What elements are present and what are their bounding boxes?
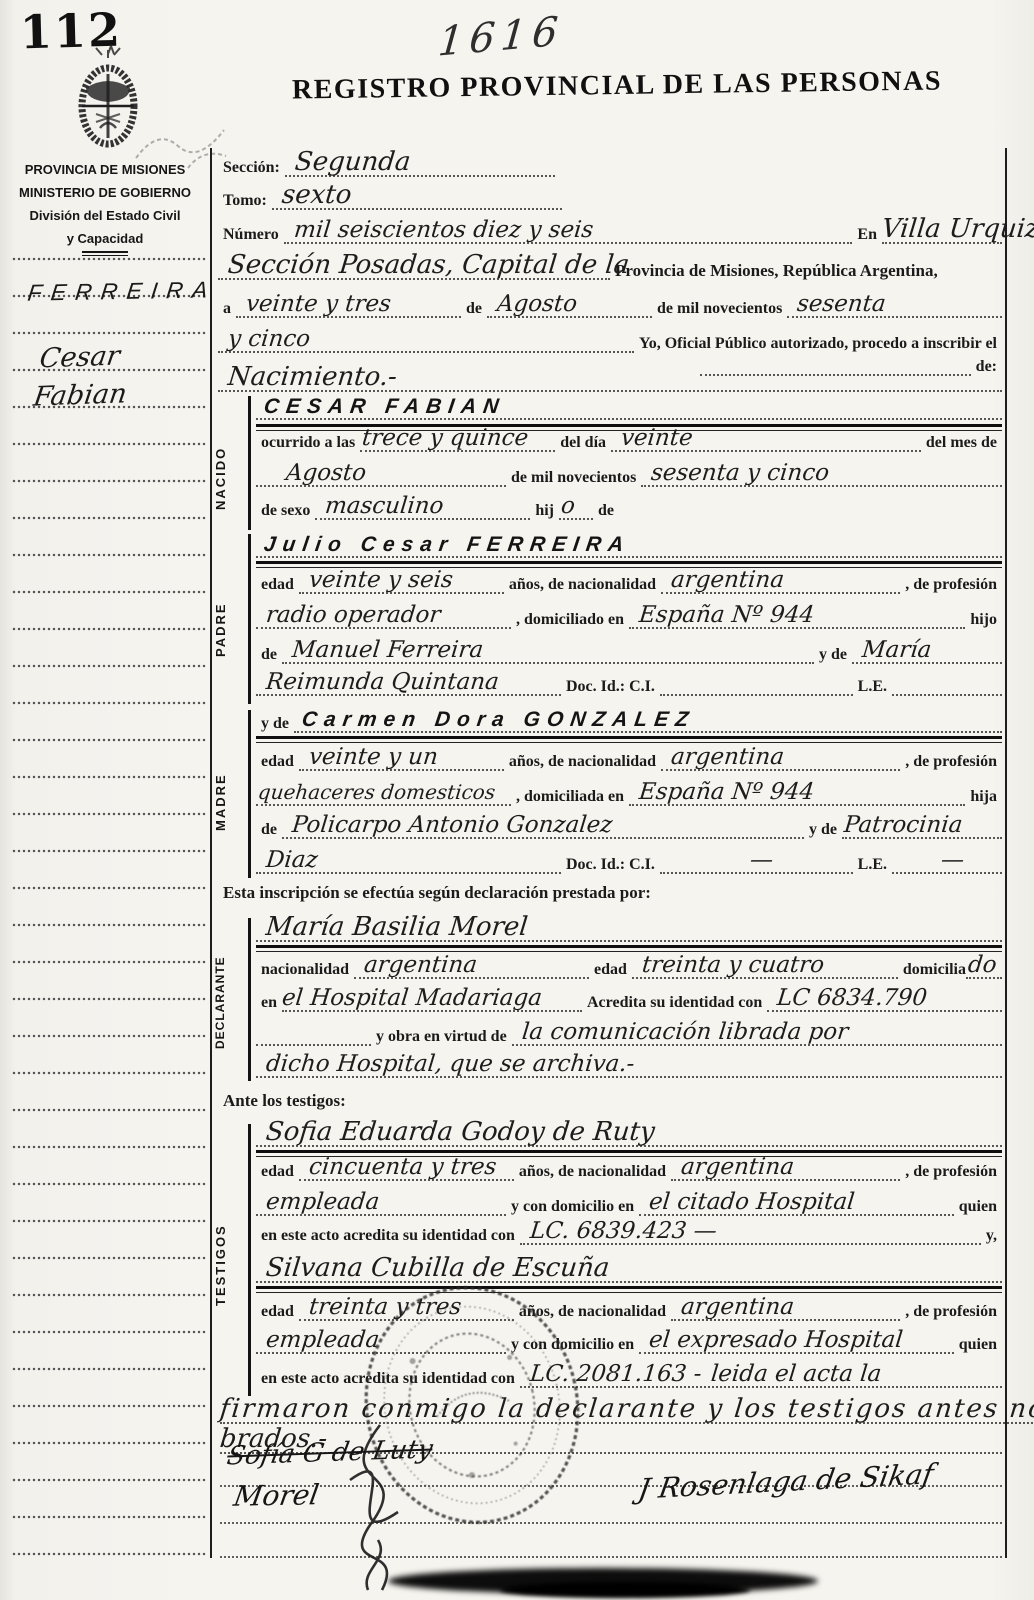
madre-domicilio-line: España Nº 944: [629, 781, 965, 806]
madre-profesion-value: quehaceres domesticos: [255, 782, 496, 802]
lugar2-row: Sección Posadas, Capital de la Provincia…: [218, 246, 1002, 280]
testigo1-acredita-label: en este acto acredita su identidad con: [256, 1228, 520, 1245]
testigo1-row-1: edad cincuenta y tres años, de nacionali…: [256, 1147, 1002, 1181]
tomo-row: Tomo: sexto: [218, 176, 1002, 210]
hijo-suffix-value: o: [558, 495, 576, 518]
padre-name-line: Julio Cesar FERREIRA: [256, 534, 1002, 558]
madre-edad-line: veinte y un: [299, 746, 504, 771]
padre-abuelo-value: Manuel Ferreira: [281, 639, 485, 662]
tomo-label: Tomo:: [218, 193, 272, 210]
testigo1-edad-value: cincuenta y tres: [298, 1156, 498, 1179]
testigo1-name-row: Sofia Eduarda Godoy de Ruty: [256, 1113, 1002, 1147]
issuing-office-block: PROVINCIA DE MISIONES MINISTERIO DE GOBI…: [4, 158, 206, 256]
madre-abuelo-value: Policarpo Antonio Gonzalez: [281, 814, 614, 837]
padre-doc-line: [660, 694, 853, 696]
madre-prof-label: , de profesión: [900, 754, 1002, 771]
madre-edad-label: edad: [256, 754, 299, 771]
mes-nac-value: Agosto: [255, 462, 367, 485]
padre-prof-label: , de profesión: [900, 577, 1002, 594]
declarante-virtud-value: la comunicación librada por: [510, 1021, 849, 1044]
dia-value: veinte y tres: [235, 293, 392, 316]
anio-value: sesenta: [786, 293, 887, 316]
seccion-value: Segunda: [284, 149, 412, 175]
numero-line: mil seiscientos diez y seis: [284, 219, 853, 244]
padre-profesion-line: radio operador: [256, 604, 511, 629]
testigo1-row-3: en este acto acredita su identidad con L…: [256, 1211, 1002, 1245]
lugar2-value: Sección Posadas, Capital de la: [217, 252, 631, 278]
declarante-nacionalidad-line: argentina: [354, 954, 589, 979]
org-line-1: PROVINCIA DE MISIONES: [4, 158, 206, 181]
padre-bar: [248, 534, 251, 704]
folio-number: 1616: [436, 8, 565, 65]
padre-abuela-line: María: [852, 639, 1002, 664]
declarante-nacionalidad-value: argentina: [353, 954, 478, 977]
seccion-line: Segunda: [285, 149, 555, 177]
nacido-row-3: de sexo masculino hij o de: [256, 486, 1002, 520]
madre-yde2-label: y de: [804, 822, 842, 839]
padre-name-row: Julio Cesar FERREIRA: [256, 524, 1002, 558]
birth-certificate-page: 112 PROVINCIA DE MISIONES MINISTERIO DE …: [0, 0, 1034, 1600]
madre-nacionalidad-value: argentina: [660, 746, 785, 769]
declarante-row-4: dicho Hospital, que se archiva.-: [256, 1044, 1002, 1078]
provincia-label: Provincia de Misiones, República Argenti…: [610, 262, 943, 280]
testigo1-y-label: y,: [981, 1228, 1002, 1245]
declarante-row-3: y obra en virtud de la comunicación libr…: [256, 1012, 1002, 1046]
seccion-label: Sección:: [218, 160, 285, 177]
hijo-suffix-line: o: [559, 495, 593, 520]
madre-abuelo-line: Policarpo Antonio Gonzalez: [282, 814, 804, 839]
nacido-row-2: Agosto de mil novecientos sesenta y cinc…: [256, 453, 1002, 487]
dia-nac-value: veinte: [610, 427, 694, 450]
madre-row-2: quehaceres domesticos , domiciliada en E…: [256, 772, 1002, 806]
testigo2-prof-label: , de profesión: [900, 1304, 1002, 1321]
testigos-bar: [248, 1124, 251, 1396]
form-right-border: [1005, 148, 1007, 1558]
mes-line: Agosto: [487, 293, 652, 318]
mil-label: de mil novecientos: [652, 301, 787, 318]
declarante-edad-value: treinta y cuatro: [631, 954, 826, 977]
declarante-name-line: María Basilia Morel: [256, 914, 1002, 942]
ink-blob-core: [500, 1582, 750, 1598]
padre-name-value: Julio Cesar FERREIRA: [255, 534, 632, 555]
de-label: de: [461, 301, 487, 318]
mes-nac-line: Agosto: [256, 462, 506, 487]
madre-domicilio-value: España Nº 944: [628, 781, 815, 804]
numero-value: mil seiscientos diez y seis: [282, 219, 594, 242]
madre-name-line: Carmen Dora GONZALEZ: [294, 709, 1002, 733]
madre-nac-label: años, de nacionalidad: [504, 754, 661, 771]
testigos-label: Ante los testigos:: [218, 1092, 351, 1110]
padre-edad-value: veinte y seis: [298, 569, 454, 592]
lugar-value: Villa Urquiza: [881, 216, 1034, 242]
anio-nac-line: sesenta y cinco: [641, 462, 1002, 487]
madre-de-label: de: [256, 822, 282, 839]
ocurrido-label: ocurrido a las: [256, 435, 360, 452]
nacido-name-row: CESAR FABIAN: [256, 386, 1002, 420]
signature-official: J Rosenlaga de Sikaf: [636, 1460, 935, 1503]
padre-hijo-label: hijo: [965, 612, 1002, 629]
nacido-section-label: NACIDO: [213, 428, 230, 528]
declarante-nac-label: nacionalidad: [256, 962, 354, 979]
madre-abuela-value: Patrocinia: [841, 814, 964, 837]
lugar2-line: Sección Posadas, Capital de la: [218, 252, 610, 280]
margin-given-name-2: Fabian: [32, 378, 129, 412]
org-line-4: y Capacidad: [4, 227, 206, 250]
document-title: REGISTRO PROVINCIAL DE LAS PERSONAS: [232, 65, 1002, 108]
padre-le-line: [892, 694, 1002, 696]
anio2-value: y cinco: [217, 328, 312, 351]
tomo-line: sexto: [272, 182, 562, 210]
padre-row-3: de Manuel Ferreira y de María: [256, 630, 1002, 664]
madre-name-row: y de Carmen Dora GONZALEZ: [256, 699, 1002, 733]
declarante-virtud2-line: dicho Hospital, que se archiva.-: [256, 1053, 1002, 1078]
seccion-row: Sección: Segunda: [218, 143, 1002, 177]
org-line-2: MINISTERIO DE GOBIERNO: [4, 181, 206, 204]
declarante-edad-label: edad: [589, 962, 632, 979]
padre-abuela2-value: Reimunda Quintana: [255, 671, 500, 694]
a-label: a: [218, 301, 236, 318]
declarante-dom-label: domicilia: [898, 962, 966, 979]
anio-nac-value: sesenta y cinco: [640, 462, 830, 485]
testigo1-prof-label: , de profesión: [900, 1164, 1002, 1181]
declaracion-row: Esta inscripción se efectúa según declar…: [218, 868, 1002, 902]
padre-abuela-value: María: [851, 639, 933, 662]
padre-le-label: L.E.: [853, 679, 892, 696]
madre-hija-label: hija: [965, 789, 1002, 806]
padre-domicilio-line: España Nº 944: [629, 604, 965, 629]
madre-row-3: de Policarpo Antonio Gonzalez y de Patro…: [256, 805, 1002, 839]
testigo1-nacionalidad-value: argentina: [670, 1156, 795, 1179]
madre-name-value: Carmen Dora GONZALEZ: [293, 709, 697, 730]
nacido-row-1: ocurrido a las trece y quince del día ve…: [256, 418, 1002, 452]
padre-section-label: PADRE: [213, 585, 230, 675]
madre-bar: [248, 710, 251, 878]
testigo2-domicilio-value: el expresado Hospital: [638, 1329, 904, 1352]
padre-row-2: radio operador , domiciliado en España N…: [256, 595, 1002, 629]
margin-surname: FERREIRA: [26, 276, 218, 306]
anio2-line: y cinco: [218, 328, 634, 353]
cierre1-value: leida el acta la: [700, 1363, 883, 1386]
declaracion-label: Esta inscripción se efectúa según declar…: [218, 884, 656, 902]
testigo2-quien-label: quien: [954, 1337, 1002, 1354]
declarante-name-value: María Basilia Morel: [255, 914, 529, 940]
padre-dom-label: , domiciliado en: [511, 612, 629, 629]
testigo2-edad-label: edad: [256, 1304, 299, 1321]
declarante-acredita-label: Acredita su identidad con: [582, 995, 767, 1012]
madre-abuela-line: Patrocinia: [842, 814, 1002, 839]
mes-value: Agosto: [486, 293, 578, 316]
dia-nac-line: veinte: [611, 427, 921, 452]
padre-abuelo-line: Manuel Ferreira: [282, 639, 814, 664]
nacido-bar: [248, 396, 251, 530]
madre-nacionalidad-line: argentina: [661, 746, 900, 771]
testigo1-doc-line: LC. 6839.423 —: [520, 1220, 981, 1245]
testigos-section-label: TESTIGOS: [213, 1200, 230, 1330]
declarante-virtud-line: la comunicación librada por: [512, 1021, 1002, 1046]
sexo-value: masculino: [314, 495, 445, 518]
madre-profesion-line: quehaceres domesticos: [256, 782, 511, 806]
madre-yde-label: y de: [256, 716, 294, 733]
org-line-3: División del Estado Civil: [4, 204, 206, 227]
testigo1-edad-line: cincuenta y tres: [299, 1156, 514, 1181]
hora-line: trece y quince: [360, 427, 555, 452]
declarante-virtud2-value: dicho Hospital, que se archiva.-: [255, 1053, 636, 1076]
testigo2-nacionalidad-line: argentina: [671, 1296, 900, 1321]
declarante-row-1: nacionalidad argentina edad treinta y cu…: [256, 945, 1002, 979]
tomo-value: sexto: [270, 182, 352, 208]
testigo1-name-value: Sofia Eduarda Godoy de Ruty: [255, 1119, 656, 1145]
padre-nacionalidad-value: argentina: [660, 569, 785, 592]
numero-row: Número mil seiscientos diez y seis En Vi…: [218, 210, 1002, 244]
testigo1-doc-value: LC. 6839.423 —: [519, 1220, 718, 1243]
declarante-en-label: en: [256, 995, 282, 1012]
margin-ruled-lines: [12, 256, 206, 1564]
nacido-de-label: de: [593, 503, 619, 520]
declarante-doc-value: LC 6834.790: [766, 987, 928, 1010]
padre-domicilio-value: España Nº 944: [628, 604, 815, 627]
dia-line: veinte y tres: [236, 293, 461, 318]
testigo1-nac-label: años, de nacionalidad: [514, 1164, 671, 1181]
sexo-line: masculino: [315, 495, 530, 520]
form-left-border: [210, 148, 212, 1558]
testigo1-edad-label: edad: [256, 1164, 299, 1181]
mil-nac-label: de mil novecientos: [506, 470, 641, 487]
hora-value: trece y quince: [359, 427, 530, 450]
testigo2-domicilio-line: el expresado Hospital: [639, 1329, 954, 1354]
madre-dom-label: , domiciliada en: [511, 789, 629, 806]
sexo-label: de sexo: [256, 503, 315, 520]
declarante-dom-suffix-value: do: [965, 954, 998, 977]
testigos-intro-row: Ante los testigos:: [218, 1076, 1002, 1110]
testigo1-name-line: Sofia Eduarda Godoy de Ruty: [256, 1119, 1002, 1147]
padre-edad-line: veinte y seis: [299, 569, 504, 594]
madre-edad-value: veinte y un: [298, 746, 439, 769]
numero-label: Número: [218, 227, 284, 244]
nacido-name-line: CESAR FABIAN: [256, 396, 1002, 420]
signature-declarant: Morel: [232, 1481, 321, 1510]
anio-line: sesenta: [787, 293, 1002, 318]
del-mes-label: del mes de: [921, 435, 1002, 452]
hij-label: hij: [530, 503, 559, 520]
margin-given-name-1: Cesar: [38, 341, 122, 375]
declarante-bar: [248, 918, 251, 1081]
padre-row-4: Reimunda Quintana Doc. Id.: C.I. L.E.: [256, 662, 1002, 696]
lugar-line: Villa Urquiza: [882, 216, 1002, 244]
nacido-name-value: CESAR FABIAN: [255, 396, 507, 417]
declarante-name-row: María Basilia Morel: [256, 908, 1002, 942]
padre-doc-label: Doc. Id.: C.I.: [561, 679, 660, 696]
madre-row-1: edad veinte y un años, de nacionalidad a…: [256, 737, 1002, 771]
official-stamp: [335, 1258, 610, 1553]
padre-nacionalidad-line: argentina: [661, 569, 900, 594]
padre-edad-label: edad: [256, 577, 299, 594]
declarante-domicilio-value: el Hospital Madariaga: [281, 987, 543, 1010]
madre-section-label: MADRE: [213, 755, 230, 850]
padre-nac-label: años, de nacionalidad: [504, 577, 661, 594]
en-label: En: [852, 227, 882, 244]
declarante-domicilio-line: el Hospital Madariaga: [282, 987, 582, 1012]
testigo1-nacionalidad-line: argentina: [671, 1156, 900, 1181]
del-dia-label: del día: [555, 435, 611, 452]
declarante-section-label: DECLARANTE: [213, 930, 230, 1075]
declarante-dom-suffix-line: do: [966, 954, 1002, 979]
fecha-row: a veinte y tres de Agosto de mil novecie…: [218, 284, 1002, 318]
testigo2-nacionalidad-value: argentina: [670, 1296, 795, 1319]
padre-profesion-value: radio operador: [255, 604, 442, 627]
declarante-doc-line: LC 6834.790: [767, 987, 1002, 1012]
declarante-edad-line: treinta y cuatro: [632, 954, 898, 979]
padre-row-1: edad veinte y seis años, de nacionalidad…: [256, 560, 1002, 594]
declarante-row-2: en el Hospital Madariaga Acredita su ide…: [256, 978, 1002, 1012]
padre-abuela2-line: Reimunda Quintana: [256, 671, 561, 696]
